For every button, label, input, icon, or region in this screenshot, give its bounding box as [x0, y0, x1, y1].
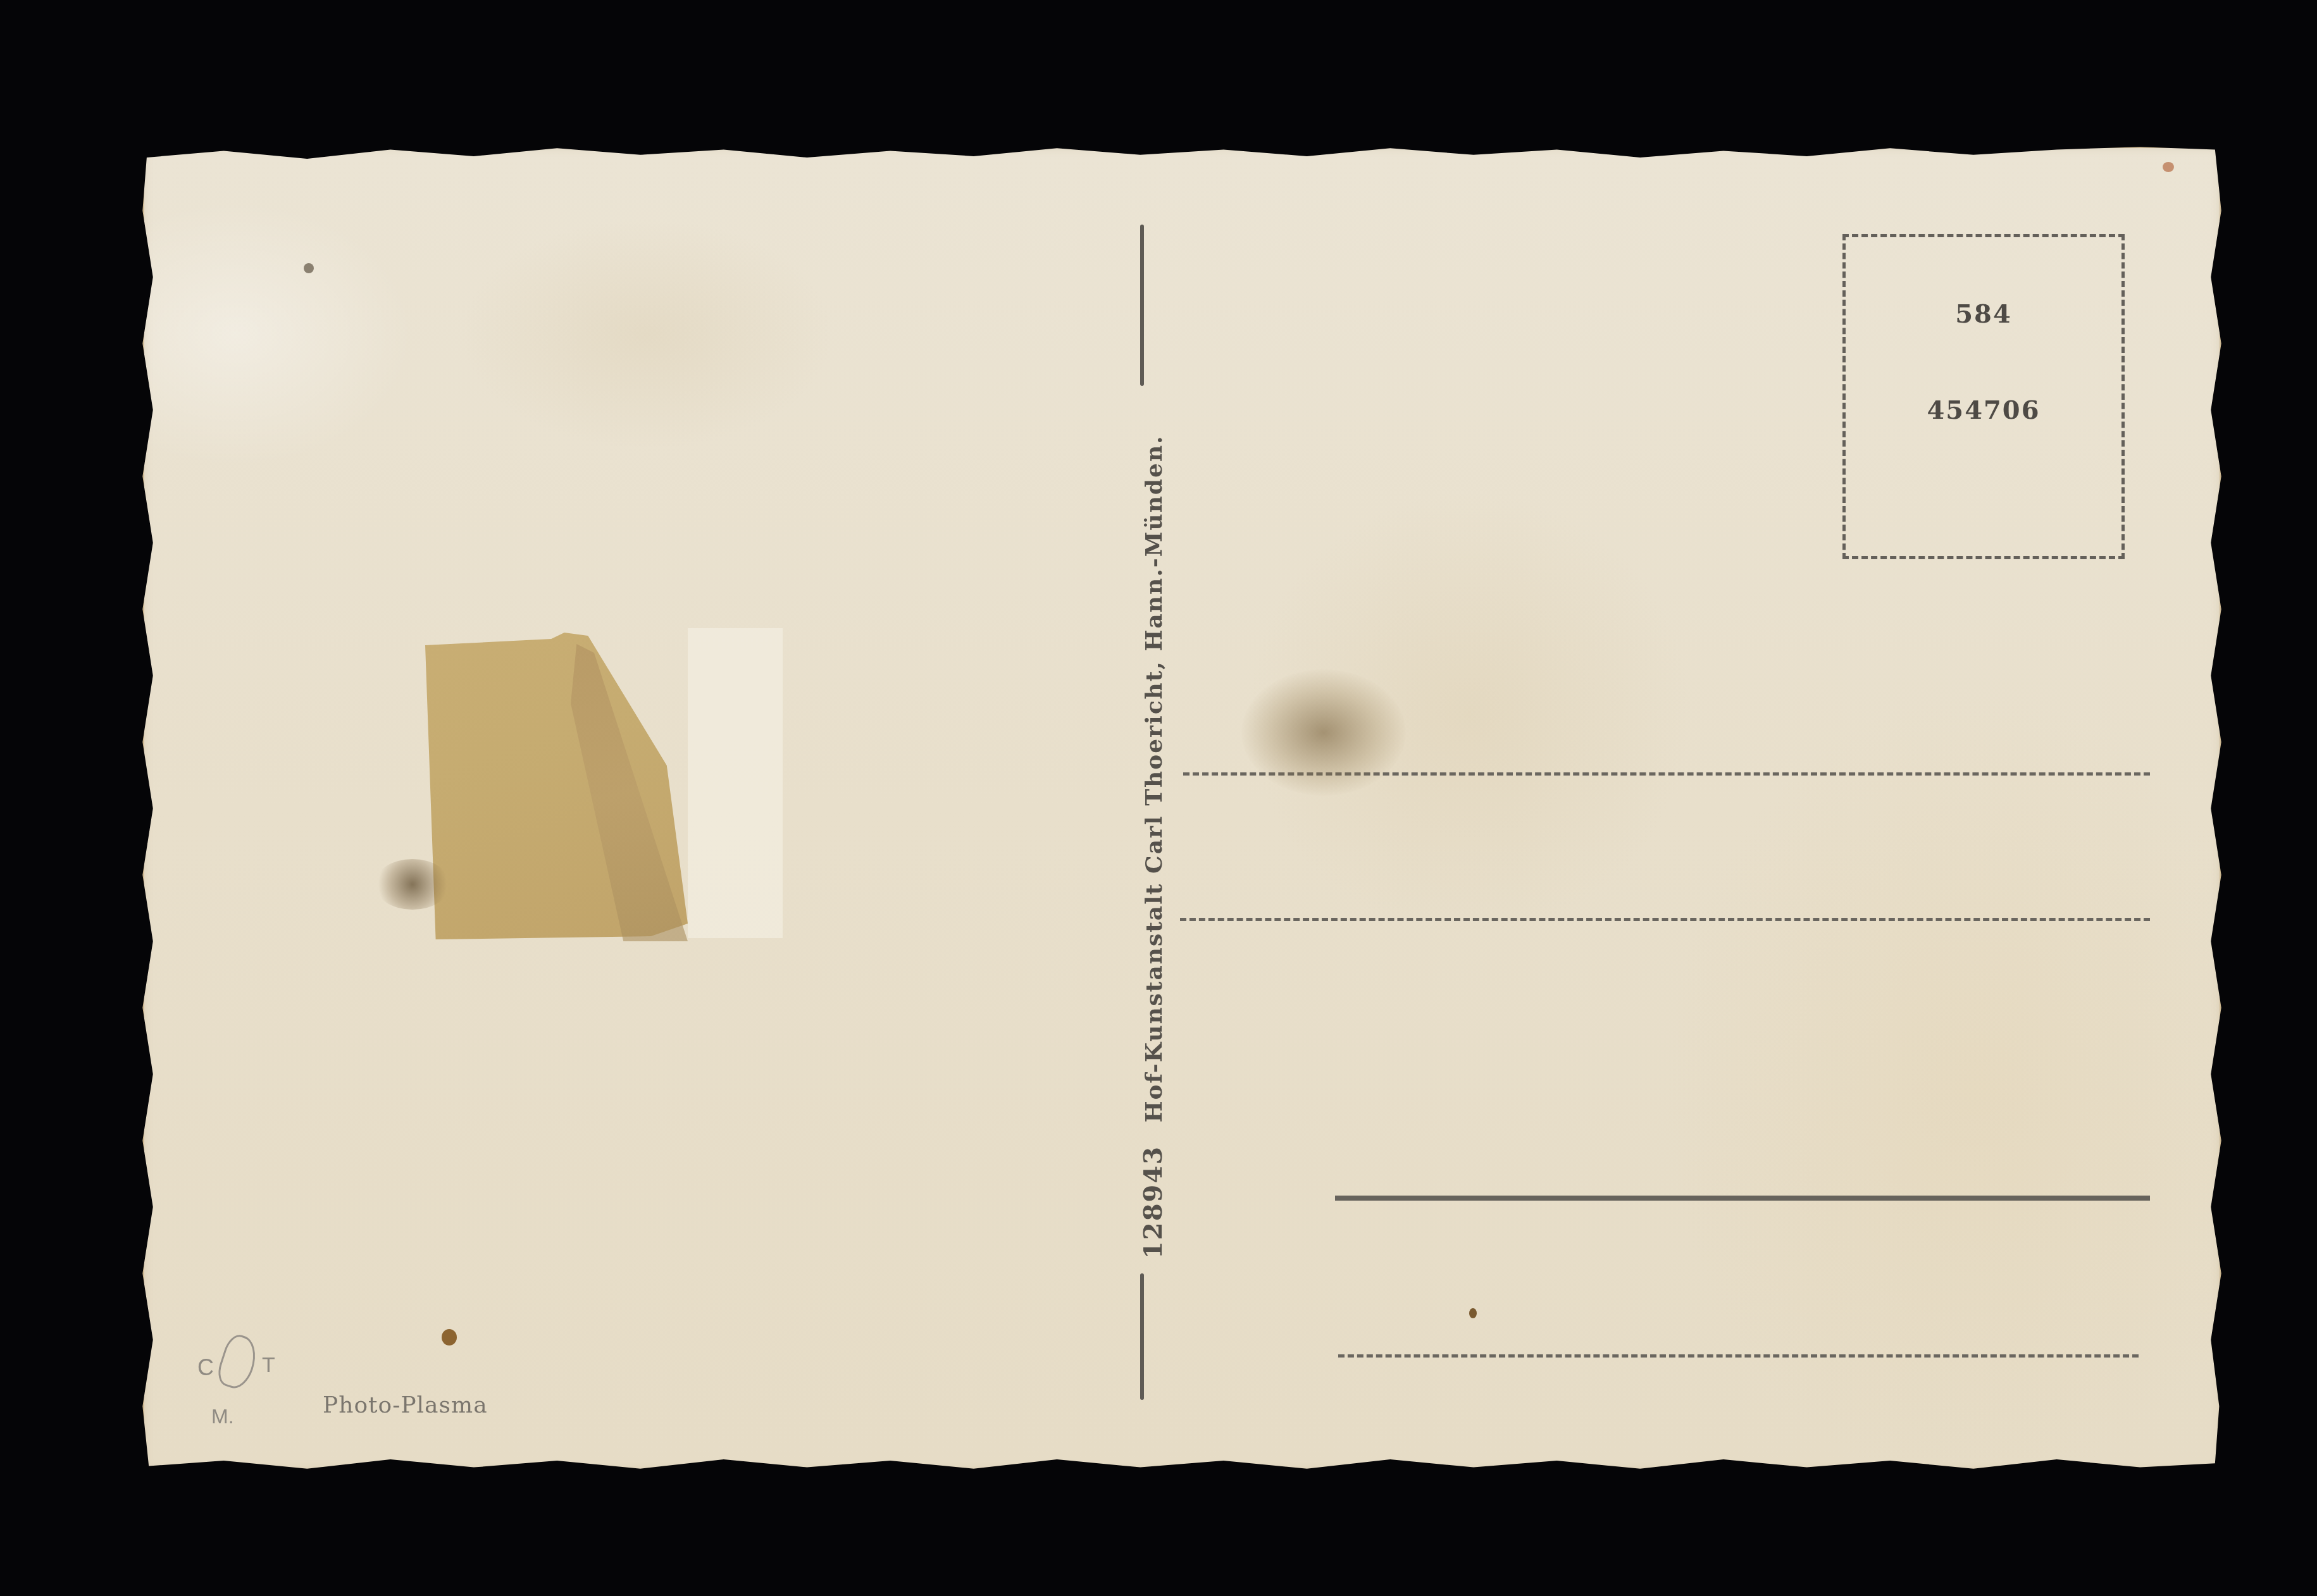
- address-line-4: [1338, 1354, 2139, 1358]
- publisher-imprint: 128943 Hof-Kunstanstalt Carl Thoericht, …: [1142, 435, 1165, 1259]
- spot: [2163, 162, 2174, 172]
- dirt-stain: [1241, 669, 1406, 796]
- address-line-3-solid: [1335, 1196, 2150, 1201]
- dirt-stain: [375, 859, 450, 910]
- logo-emblem-icon: [214, 1332, 261, 1392]
- address-line-2: [1180, 918, 2150, 921]
- spot: [1469, 1308, 1477, 1318]
- stamp-box-number-2: 454706: [1846, 395, 2121, 425]
- spot: [442, 1329, 457, 1345]
- photo-plasma-label: Photo-Plasma: [323, 1392, 488, 1418]
- postcard-back: 128943 Hof-Kunstanstalt Carl Thoericht, …: [140, 144, 2223, 1473]
- logo-letter-m: M.: [211, 1405, 234, 1428]
- logo-letter-c: C: [197, 1354, 214, 1381]
- logo-letter-t: T: [262, 1353, 275, 1378]
- stamp-box: 584 454706: [1842, 234, 2125, 559]
- card-series-number: 128943: [1138, 1146, 1168, 1259]
- publisher-name: Hof-Kunstanstalt Carl Thoericht, Hann.-M…: [1141, 435, 1167, 1122]
- center-divider-top: [1140, 225, 1144, 386]
- spot: [304, 263, 314, 273]
- scan-background: 128943 Hof-Kunstanstalt Carl Thoericht, …: [0, 0, 2317, 1596]
- tape-residue-patch: [688, 628, 783, 938]
- center-divider-bottom: [1140, 1273, 1144, 1400]
- stamp-box-number-1: 584: [1846, 299, 2121, 329]
- publisher-logo: C T M.: [192, 1329, 294, 1405]
